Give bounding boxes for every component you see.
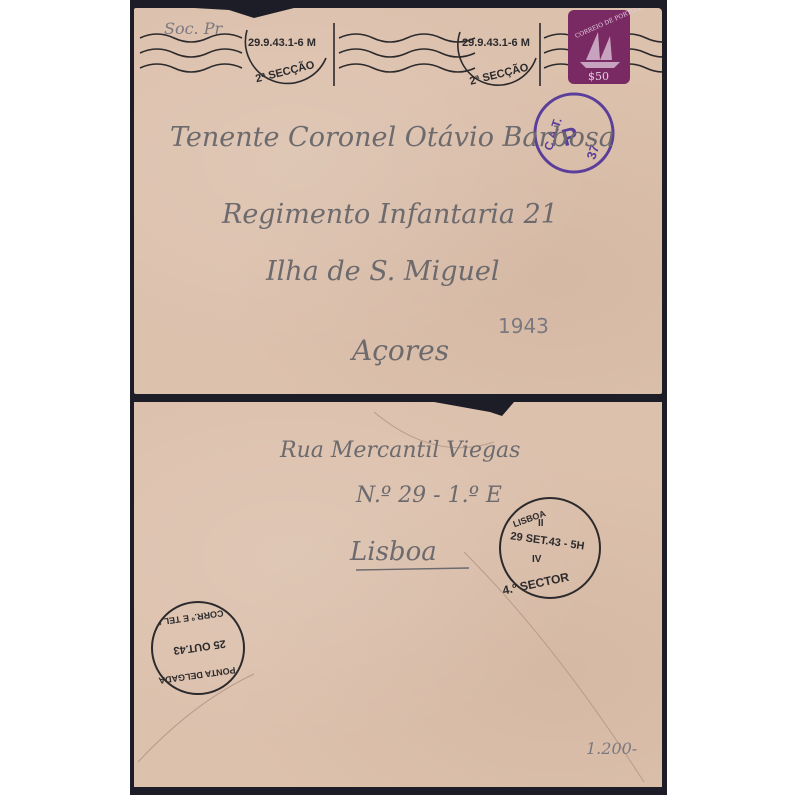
postmark-lisboa-sector: 4.º SECTOR [501,570,570,598]
cancel-section-1: 2ª SECÇÃO [254,58,316,85]
cancel-date-1: 29.9.43.1-6 M [248,37,316,49]
postmark-ponta-delgada: PONTA DELGADA 25 OUT.43 CORR.º E TEL.º [149,602,244,694]
addressee-line-1: Tenente Coronel Otávio Barbosa [170,122,615,153]
cancel-section-2: 2ª SECÇÃO [468,60,530,87]
postmark-lisboa-date: 29 SET.43 - 5H [510,530,586,552]
postmark-lisboa-roman-top: II [538,518,544,529]
cancel-date-2: 29.9.43.1-6 M [462,37,530,49]
pencil-note-top: Soc. Pr [164,19,223,38]
stamp-value: $50 [588,70,609,83]
pencil-year: 1943 [498,314,549,338]
envelope-back: Rua Mercantil Viegas N.º 29 - 1.º E Lisb… [134,402,662,787]
addressee-line-3: Ilha de S. Miguel [265,256,499,287]
postmark-pd-date: 25 OUT.43 [173,637,227,656]
sender-line-3: Lisboa [349,537,437,567]
postmark-pd-bottom: CORR.º E TEL.º [157,608,225,627]
sender-line-2: N.º 29 - 1.º E [355,483,502,508]
postmark-lisboa-roman-bottom: IV [532,554,542,565]
addressee-line-2: Regimento Infantaria 21 [221,199,558,230]
envelope-front-artwork: 29.9.43.1-6 M 29.9.43.1-6 M 2ª SECÇÃO 2ª… [134,8,662,394]
postage-stamp[interactable]: CORREIO DE PORTUGAL $50 [568,8,649,84]
pencil-price: 1.200- [586,739,637,758]
postmark-pd-top: PONTA DELGADA [157,665,236,686]
postmark-lisboa: LISBOA II 29 SET.43 - 5H IV 4.º SECTOR [500,498,600,598]
addressee-line-4: Açores [349,334,449,367]
envelope-back-artwork: Rua Mercantil Viegas N.º 29 - 1.º E Lisb… [134,402,662,787]
sender-line-1: Rua Mercantil Viegas [279,438,520,463]
envelope-flap-creases [138,412,644,782]
envelope-front: 29.9.43.1-6 M 29.9.43.1-6 M 2ª SECÇÃO 2ª… [134,8,662,394]
